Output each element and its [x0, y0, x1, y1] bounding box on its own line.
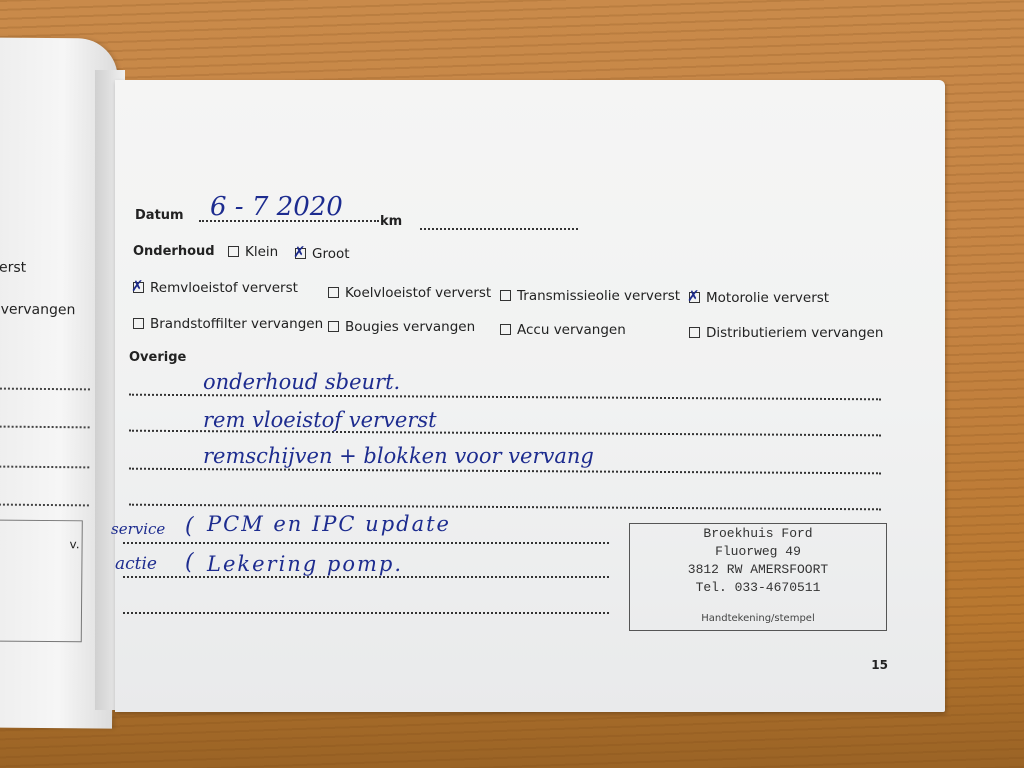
- overige-text: remschijven + blokken voor vervang: [203, 444, 594, 468]
- overige-text: rem vloeistof ververst: [203, 408, 437, 432]
- stamp-line: 3812 RW AMERSFOORT: [630, 562, 886, 577]
- checkbox-icon[interactable]: [228, 246, 239, 257]
- overige-text: onderhoud sbeurt.: [203, 370, 400, 394]
- checked-checkbox-icon[interactable]: [133, 282, 144, 293]
- checkbox-icon[interactable]: [328, 287, 339, 298]
- overige-label: Overige: [129, 350, 186, 365]
- checkbox-icon[interactable]: [133, 318, 144, 329]
- checkbox-icon[interactable]: [689, 327, 700, 338]
- service-text: Lekering pomp.: [207, 552, 403, 576]
- check-distributieriem[interactable]: Distributieriem vervangen: [689, 325, 883, 341]
- signature-label: Handtekening/stempel: [630, 613, 886, 624]
- check-brandstoffilter[interactable]: Brandstoffilter vervangen: [133, 316, 323, 332]
- km-label: km: [380, 214, 402, 229]
- service-text: PCM en IPC update: [207, 512, 451, 536]
- left-stamp-box: v.: [0, 519, 83, 642]
- checkbox-icon[interactable]: [328, 321, 339, 332]
- dealer-stamp-box: Broekhuis Ford Fluorweg 49 3812 RW AMERS…: [629, 523, 887, 631]
- onderhoud-label: Onderhoud: [133, 244, 215, 259]
- overige-line[interactable]: [129, 468, 881, 475]
- overige-line[interactable]: [129, 394, 881, 401]
- datum-label: Datum: [135, 208, 184, 223]
- stamp-line: Broekhuis Ford: [630, 526, 886, 541]
- check-transmissieolie[interactable]: Transmissieolie ververst: [500, 288, 680, 304]
- checkbox-icon[interactable]: [500, 324, 511, 335]
- left-page-fragment: erst: [0, 260, 26, 276]
- actie-label: actie: [115, 554, 157, 574]
- stamp-line: Fluorweg 49: [630, 544, 886, 559]
- check-remvloeistof[interactable]: Remvloeistof ververst: [133, 280, 298, 296]
- stamp-line: Tel. 033-4670511: [630, 580, 886, 595]
- check-koelvloeistof[interactable]: Koelvloeistof ververst: [328, 285, 491, 301]
- checked-checkbox-icon[interactable]: [295, 248, 306, 259]
- dotted-line: [0, 426, 90, 429]
- dotted-line: [0, 466, 89, 469]
- dotted-line: [0, 504, 89, 507]
- option-klein[interactable]: Klein: [228, 244, 278, 260]
- page-number: 15: [871, 658, 888, 672]
- option-groot[interactable]: Groot: [295, 246, 350, 262]
- service-page: Datum 6 - 7 2020 km Onderhoud Klein Groo…: [115, 80, 945, 712]
- checkbox-icon[interactable]: [500, 290, 511, 301]
- check-accu[interactable]: Accu vervangen: [500, 322, 626, 338]
- left-page-fragment: vervangen: [1, 302, 76, 319]
- bracket-icon: (: [185, 550, 194, 575]
- service-label: service: [111, 520, 165, 538]
- check-bougies[interactable]: Bougies vervangen: [328, 319, 475, 335]
- check-motorolie[interactable]: Motorolie ververst: [689, 290, 829, 306]
- dotted-line: [0, 388, 90, 391]
- datum-value: 6 - 7 2020: [210, 192, 343, 222]
- service-line[interactable]: [123, 542, 609, 544]
- checked-checkbox-icon[interactable]: [689, 292, 700, 303]
- km-field[interactable]: [420, 228, 578, 230]
- service-line[interactable]: [123, 612, 609, 614]
- bracket-icon: (: [185, 514, 194, 539]
- overige-line[interactable]: [129, 504, 881, 511]
- service-line[interactable]: [123, 576, 609, 578]
